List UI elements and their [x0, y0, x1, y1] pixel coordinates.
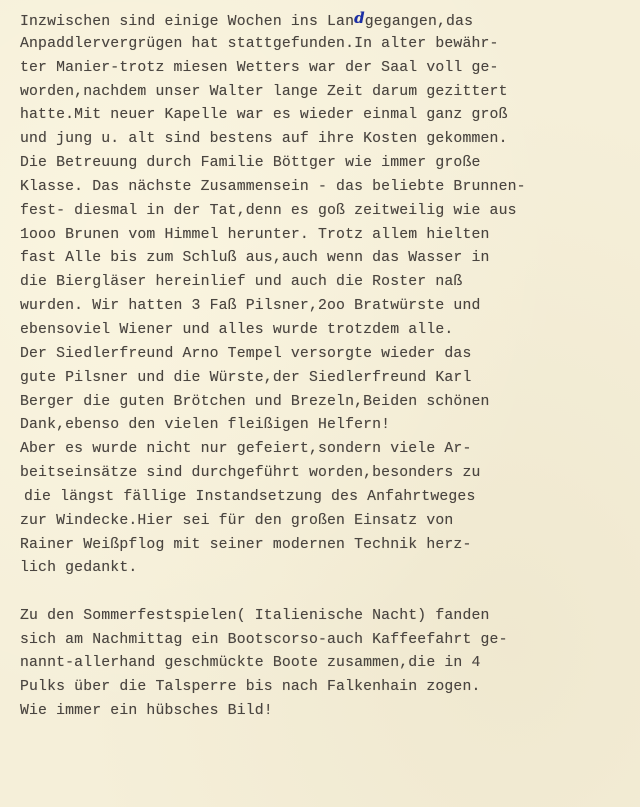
text-line: ebensoviel Wiener und alles wurde trotzd…: [20, 319, 620, 343]
text-line: Die Betreuung durch Familie Böttger wie …: [20, 152, 620, 176]
text-line: ter Manier-trotz miesen Wetters war der …: [20, 57, 620, 81]
text-line: Der Siedlerfreund Arno Tempel versorgte …: [20, 343, 620, 367]
text-line: beitseinsätze sind durchgeführt worden,b…: [20, 462, 620, 486]
text-line: Inzwischen sind einige Wochen ins Landge…: [20, 9, 620, 33]
text-line: zur Windecke.Hier sei für den großen Ein…: [20, 510, 620, 534]
text-line: Dank,ebenso den vielen fleißigen Helfern…: [20, 414, 620, 438]
text-line: lich gedankt.: [20, 557, 620, 581]
text-line: Zu den Sommerfestspielen( Italienische N…: [20, 605, 620, 629]
text-segment: Inzwischen sind einige Wochen ins Lan: [20, 14, 354, 30]
text-line: worden,nachdem unser Walter lange Zeit d…: [20, 81, 620, 105]
text-line: und jung u. alt sind bestens auf ihre Ko…: [20, 128, 620, 152]
text-line: nannt-allerhand geschmückte Boote zusamm…: [20, 652, 620, 676]
text-line: Aber es wurde nicht nur gefeiert,sondern…: [20, 438, 620, 462]
document-body: Inzwischen sind einige Wochen ins Landge…: [20, 9, 620, 724]
text-line: hatte.Mit neuer Kapelle war es wieder ei…: [20, 104, 620, 128]
handwritten-correction: d: [354, 9, 365, 27]
text-line: Rainer Weißpflog mit seiner modernen Tec…: [20, 534, 620, 558]
text-line: Anpaddlervergrügen hat stattgefunden.In …: [20, 33, 620, 57]
text-line: fest- diesmal in der Tat,denn es goß zei…: [20, 200, 620, 224]
text-line: gute Pilsner und die Würste,der Siedlerf…: [20, 367, 620, 391]
text-line: 1ooo Brunen vom Himmel herunter. Trotz a…: [20, 224, 620, 248]
text-line: Klasse. Das nächste Zusammensein - das b…: [20, 176, 620, 200]
text-line: die Biergläser hereinlief und auch die R…: [20, 271, 620, 295]
text-line: sich am Nachmittag ein Bootscorso-auch K…: [20, 629, 620, 653]
text-line: fast Alle bis zum Schluß aus,auch wenn d…: [20, 247, 620, 271]
text-line: die längst fällige Instandsetzung des An…: [20, 486, 620, 510]
text-line: Pulks über die Talsperre bis nach Falken…: [20, 676, 620, 700]
text-line: Berger die guten Brötchen und Brezeln,Be…: [20, 391, 620, 415]
text-line: wurden. Wir hatten 3 Faß Pilsner,2oo Bra…: [20, 295, 620, 319]
typewritten-page: Inzwischen sind einige Wochen ins Landge…: [0, 0, 640, 807]
paragraph-gap: [20, 581, 620, 605]
text-segment: gegangen,das: [365, 14, 473, 30]
text-line: Wie immer ein hübsches Bild!: [20, 700, 620, 724]
